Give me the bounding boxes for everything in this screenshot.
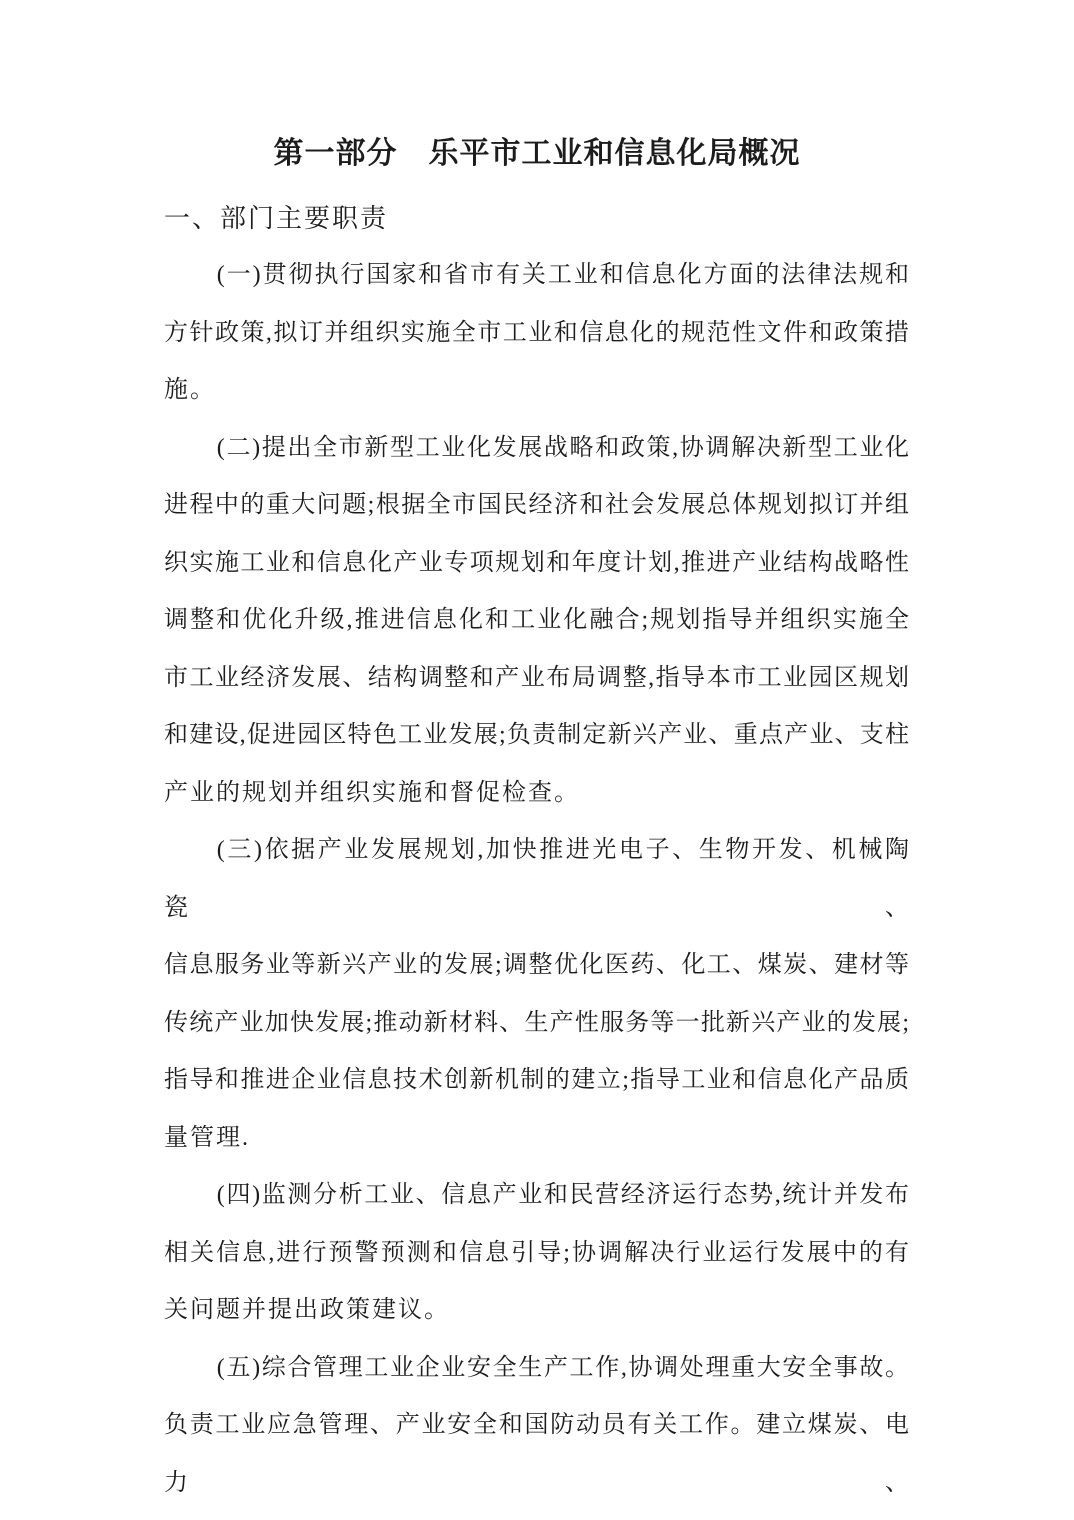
text-line: 关问题并提出政策建议。 xyxy=(164,1282,910,1340)
text-line: (五)综合管理工业企业安全生产工作,协调处理重大安全事故。 xyxy=(164,1340,910,1398)
paragraph: (一)贯彻执行国家和省市有关工业和信息化方面的法律法规和方针政策,拟订并组织实施… xyxy=(164,247,910,420)
text-line: 进程中的重大问题;根据全市国民经济和社会发展总体规划拟订并组 xyxy=(164,477,910,535)
document-page: 第一部分 乐平市工业和信息化局概况 一、部门主要职责 (一)贯彻执行国家和省市有… xyxy=(0,0,1074,1520)
text-line: (三)依据产业发展规划,加快推进光电子、生物开发、机械陶瓷、 xyxy=(164,822,910,937)
section-heading: 一、部门主要职责 xyxy=(164,190,910,247)
text-line: 调整和优化升级,推进信息化和工业化融合;规划指导并组织实施全 xyxy=(164,592,910,650)
text-line: 负责工业应急管理、产业安全和国防动员有关工作。建立煤炭、电力、 xyxy=(164,1397,910,1512)
text-line: 织实施工业和信息化产业专项规划和年度计划,推进产业结构战略性 xyxy=(164,535,910,593)
paragraph: (四)监测分析工业、信息产业和民营经济运行态势,统计并发布相关信息,进行预警预测… xyxy=(164,1167,910,1340)
text-line: 量管理. xyxy=(164,1110,910,1168)
text-line: 方针政策,拟订并组织实施全市工业和信息化的规范性文件和政策措 xyxy=(164,305,910,363)
paragraph: (二)提出全市新型工业化发展战略和政策,协调解决新型工业化进程中的重大问题;根据… xyxy=(164,420,910,823)
text-line: 和建设,促进园区特色工业发展;负责制定新兴产业、重点产业、支柱 xyxy=(164,707,910,765)
text-line: 市工业经济发展、结构调整和产业布局调整,指导本市工业园区规划 xyxy=(164,650,910,708)
text-line: 相关信息,进行预警预测和信息引导;协调解决行业运行发展中的有 xyxy=(164,1225,910,1283)
page-content: 第一部分 乐平市工业和信息化局概况 一、部门主要职责 (一)贯彻执行国家和省市有… xyxy=(164,130,910,1512)
text-line: 指导和推进企业信息技术创新机制的建立;指导工业和信息化产品质 xyxy=(164,1052,910,1110)
document-body: (一)贯彻执行国家和省市有关工业和信息化方面的法律法规和方针政策,拟订并组织实施… xyxy=(164,247,910,1512)
text-line: 信息服务业等新兴产业的发展;调整优化医药、化工、煤炭、建材等 xyxy=(164,937,910,995)
paragraph: (五)综合管理工业企业安全生产工作,协调处理重大安全事故。负责工业应急管理、产业… xyxy=(164,1340,910,1513)
text-line: (四)监测分析工业、信息产业和民营经济运行态势,统计并发布 xyxy=(164,1167,910,1225)
text-line: 产业的规划并组织实施和督促检查。 xyxy=(164,765,910,823)
text-line: 传统产业加快发展;推动新材料、生产性服务等一批新兴产业的发展; xyxy=(164,995,910,1053)
text-line: 施。 xyxy=(164,362,910,420)
text-line: (二)提出全市新型工业化发展战略和政策,协调解决新型工业化 xyxy=(164,420,910,478)
paragraph: (三)依据产业发展规划,加快推进光电子、生物开发、机械陶瓷、信息服务业等新兴产业… xyxy=(164,822,910,1167)
text-line: (一)贯彻执行国家和省市有关工业和信息化方面的法律法规和 xyxy=(164,247,910,305)
document-title: 第一部分 乐平市工业和信息化局概况 xyxy=(164,130,910,178)
